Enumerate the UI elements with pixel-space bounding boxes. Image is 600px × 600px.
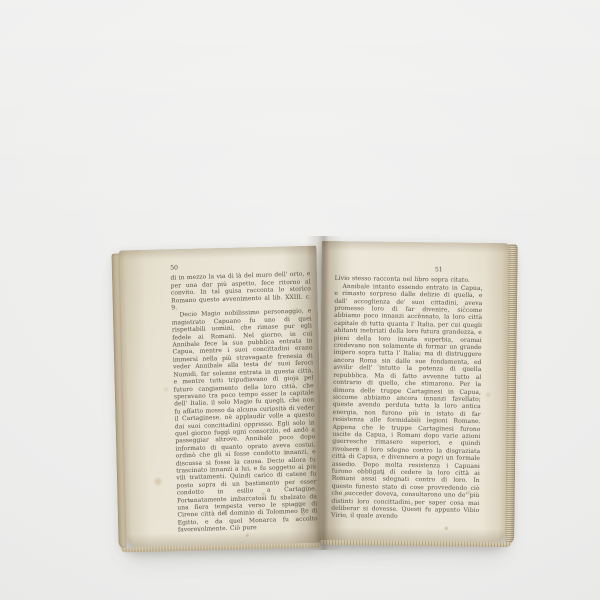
right-page-number: 51 — [335, 265, 483, 275]
left-page-fore-edge — [111, 253, 126, 549]
photo-background: 50 di in mezzo la via di là del muro del… — [0, 0, 600, 600]
left-page-text-block: 50 di in mezzo la via di là del muro del… — [170, 260, 318, 534]
left-page: 50 di in mezzo la via di là del muro del… — [118, 246, 323, 549]
right-page-fore-edge — [505, 244, 518, 545]
open-book: 50 di in mezzo la via di là del muro del… — [116, 238, 512, 560]
right-page: 51 Livio stesso racconta nel libro sopra… — [318, 241, 510, 543]
right-page-bottom-edge — [321, 540, 511, 547]
right-page-paragraph: Annibale intanto essendo entrato in Capu… — [331, 283, 482, 522]
left-page-paragraph: di in mezzo la via di là del muro dell' … — [170, 271, 311, 312]
left-page-number: 50 — [170, 260, 310, 272]
left-page-bottom-edge — [121, 543, 320, 553]
right-page-text-block: 51 Livio stesso racconta nel libro sopra… — [331, 265, 483, 522]
left-page-paragraph: Decio Magio nobilissimo personaggio, e m… — [171, 308, 318, 534]
